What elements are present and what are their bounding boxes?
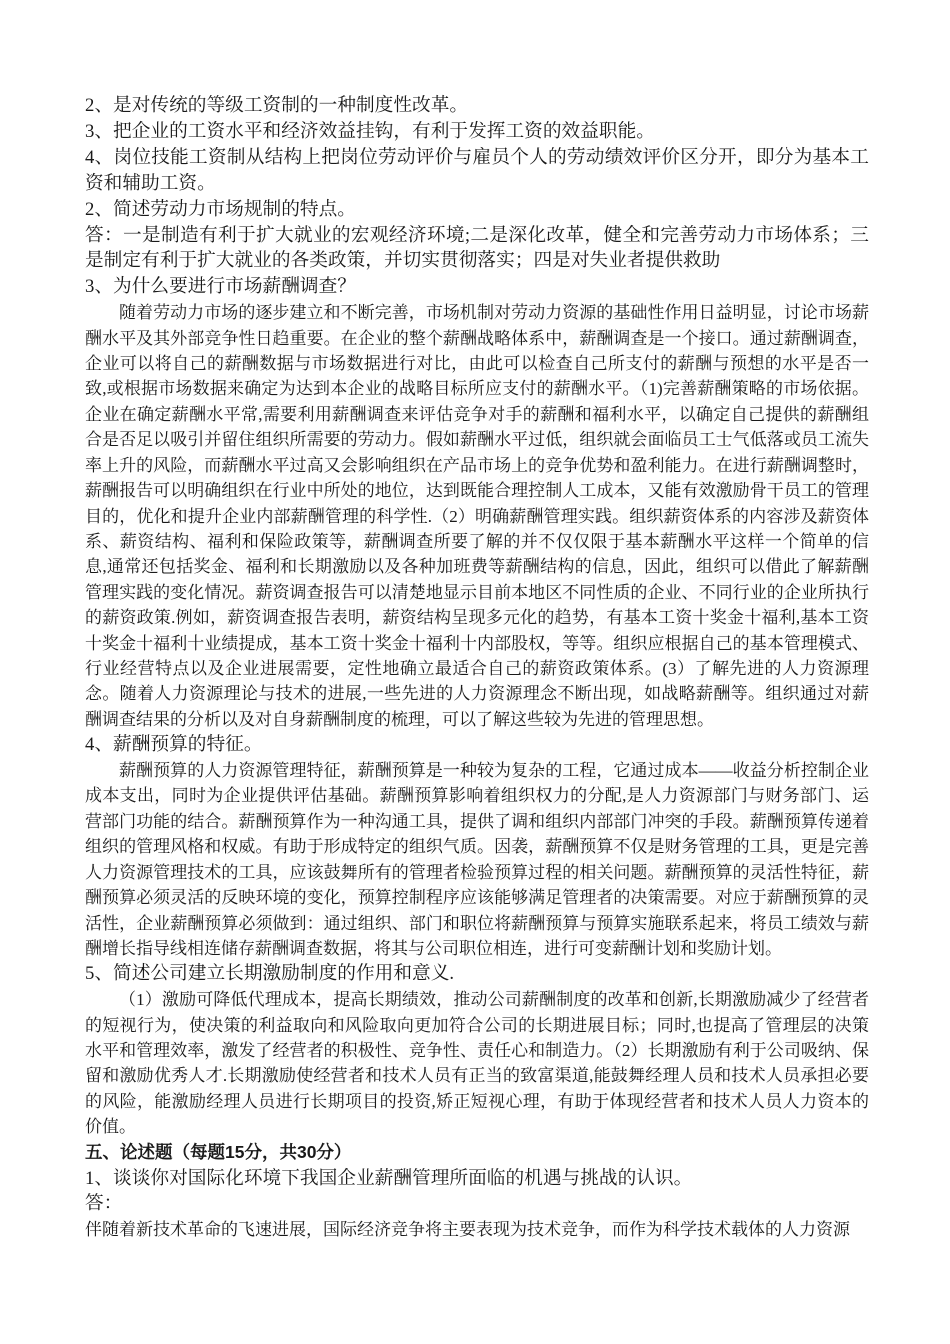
item-4-post-skill-wage: 4、岗位技能工资制从结构上把岗位劳动评价与雇员个人的劳动绩效评价区分开，即分为基… xyxy=(85,145,869,197)
question-4-salary-budget-features: 4、薪酬预算的特征。 xyxy=(85,732,869,758)
answer-long-term-incentive-paragraph: （1）激励可降低代理成本，提高长期绩效，推动公司薪酬制度的改革和创新,长期激励减… xyxy=(85,987,869,1139)
essay-question-1: 1、谈谈你对国际化环境下我国企业薪酬管理所面临的机遇与挑战的认识。 xyxy=(85,1166,869,1192)
answer-labor-market-regulation: 答：一是制造有利于扩大就业的宏观经济环境;二是深化改革，健全和完善劳动力市场体系… xyxy=(85,223,869,275)
essay-answer-opening-paragraph: 伴随着新技术革命的飞速进展，国际经济竞争将主要表现为技术竞争，而作为科学技术载体… xyxy=(85,1217,869,1242)
question-3-salary-survey: 3、为什么要进行市场薪酬调查？ xyxy=(85,274,869,300)
question-2-labor-market-regulation: 2、简述劳动力市场规制的特点。 xyxy=(85,197,869,223)
answer-salary-survey-paragraph: 随着劳动力市场的逐步建立和不断完善，市场机制对劳动力资源的基础性作用日益明显，讨… xyxy=(85,300,869,732)
question-5-long-term-incentive: 5、简述公司建立长期激励制度的作用和意义. xyxy=(85,961,869,987)
item-3-wage-link: 3、把企业的工资水平和经济效益挂钩，有利于发挥工资的效益职能。 xyxy=(85,119,869,145)
document-content: 2、是对传统的等级工资制的一种制度性改革。 3、把企业的工资水平和经济效益挂钩，… xyxy=(85,93,869,1243)
document-page: 2、是对传统的等级工资制的一种制度性改革。 3、把企业的工资水平和经济效益挂钩，… xyxy=(0,0,950,1344)
answer-label: 答： xyxy=(85,1191,869,1217)
answer-salary-budget-paragraph: 薪酬预算的人力资源管理特征，薪酬预算是一种较为复杂的工程，它通过成本——收益分析… xyxy=(85,758,869,961)
item-2-reform: 2、是对传统的等级工资制的一种制度性改革。 xyxy=(85,93,869,119)
section-heading-essay-questions: 五、论述题（每题15分，共30分） xyxy=(85,1140,869,1166)
